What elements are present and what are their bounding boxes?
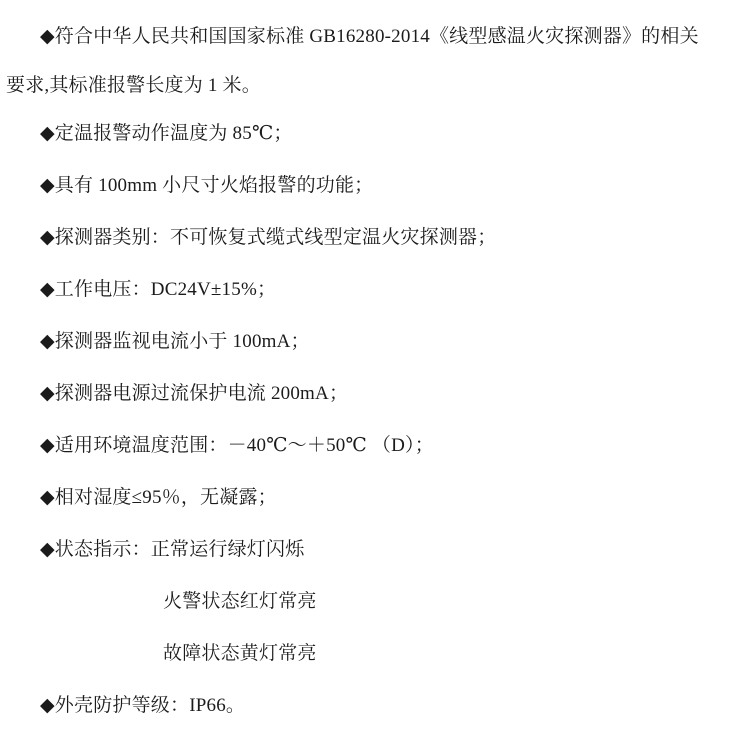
- spec-overcurrent-protection: ◆探测器电源过流保护电流 200mA；: [0, 368, 750, 420]
- spec-relative-humidity: ◆相对湿度≤95％，无凝露；: [0, 472, 750, 524]
- spec-monitoring-current: ◆探测器监视电流小于 100mA；: [0, 316, 750, 368]
- page: { "page": { "background_color": "#ffffff…: [0, 0, 750, 732]
- spec-detector-category: ◆探测器类别：不可恢复式缆式线型定温火灾探测器；: [0, 212, 750, 264]
- spec-standard-compliance-line-1: ◆符合中华人民共和国国家标准 GB16280-2014《线型感温火灾探测器》的相…: [0, 11, 750, 63]
- spec-status-indication-fire: 火警状态红灯常亮: [0, 576, 750, 628]
- spec-document: ◆符合中华人民共和国国家标准 GB16280-2014《线型感温火灾探测器》的相…: [0, 0, 750, 732]
- spec-status-indication-normal: ◆状态指示：正常运行绿灯闪烁: [0, 524, 750, 576]
- spec-status-indication-fault: 故障状态黄灯常亮: [0, 628, 750, 680]
- spec-standard-compliance-line-2: 要求,其标准报警长度为 1 米。: [0, 63, 750, 108]
- spec-ambient-temperature-range: ◆适用环境温度范围：－40℃～＋50℃ （D）；: [0, 420, 750, 472]
- spec-alarm-temperature: ◆定温报警动作温度为 85℃；: [0, 108, 750, 160]
- spec-flame-alarm-capability: ◆具有 100mm 小尺寸火焰报警的功能；: [0, 160, 750, 212]
- spec-enclosure-ip-rating: ◆外壳防护等级：IP66。: [0, 680, 750, 732]
- spec-working-voltage: ◆工作电压：DC24V±15%；: [0, 264, 750, 316]
